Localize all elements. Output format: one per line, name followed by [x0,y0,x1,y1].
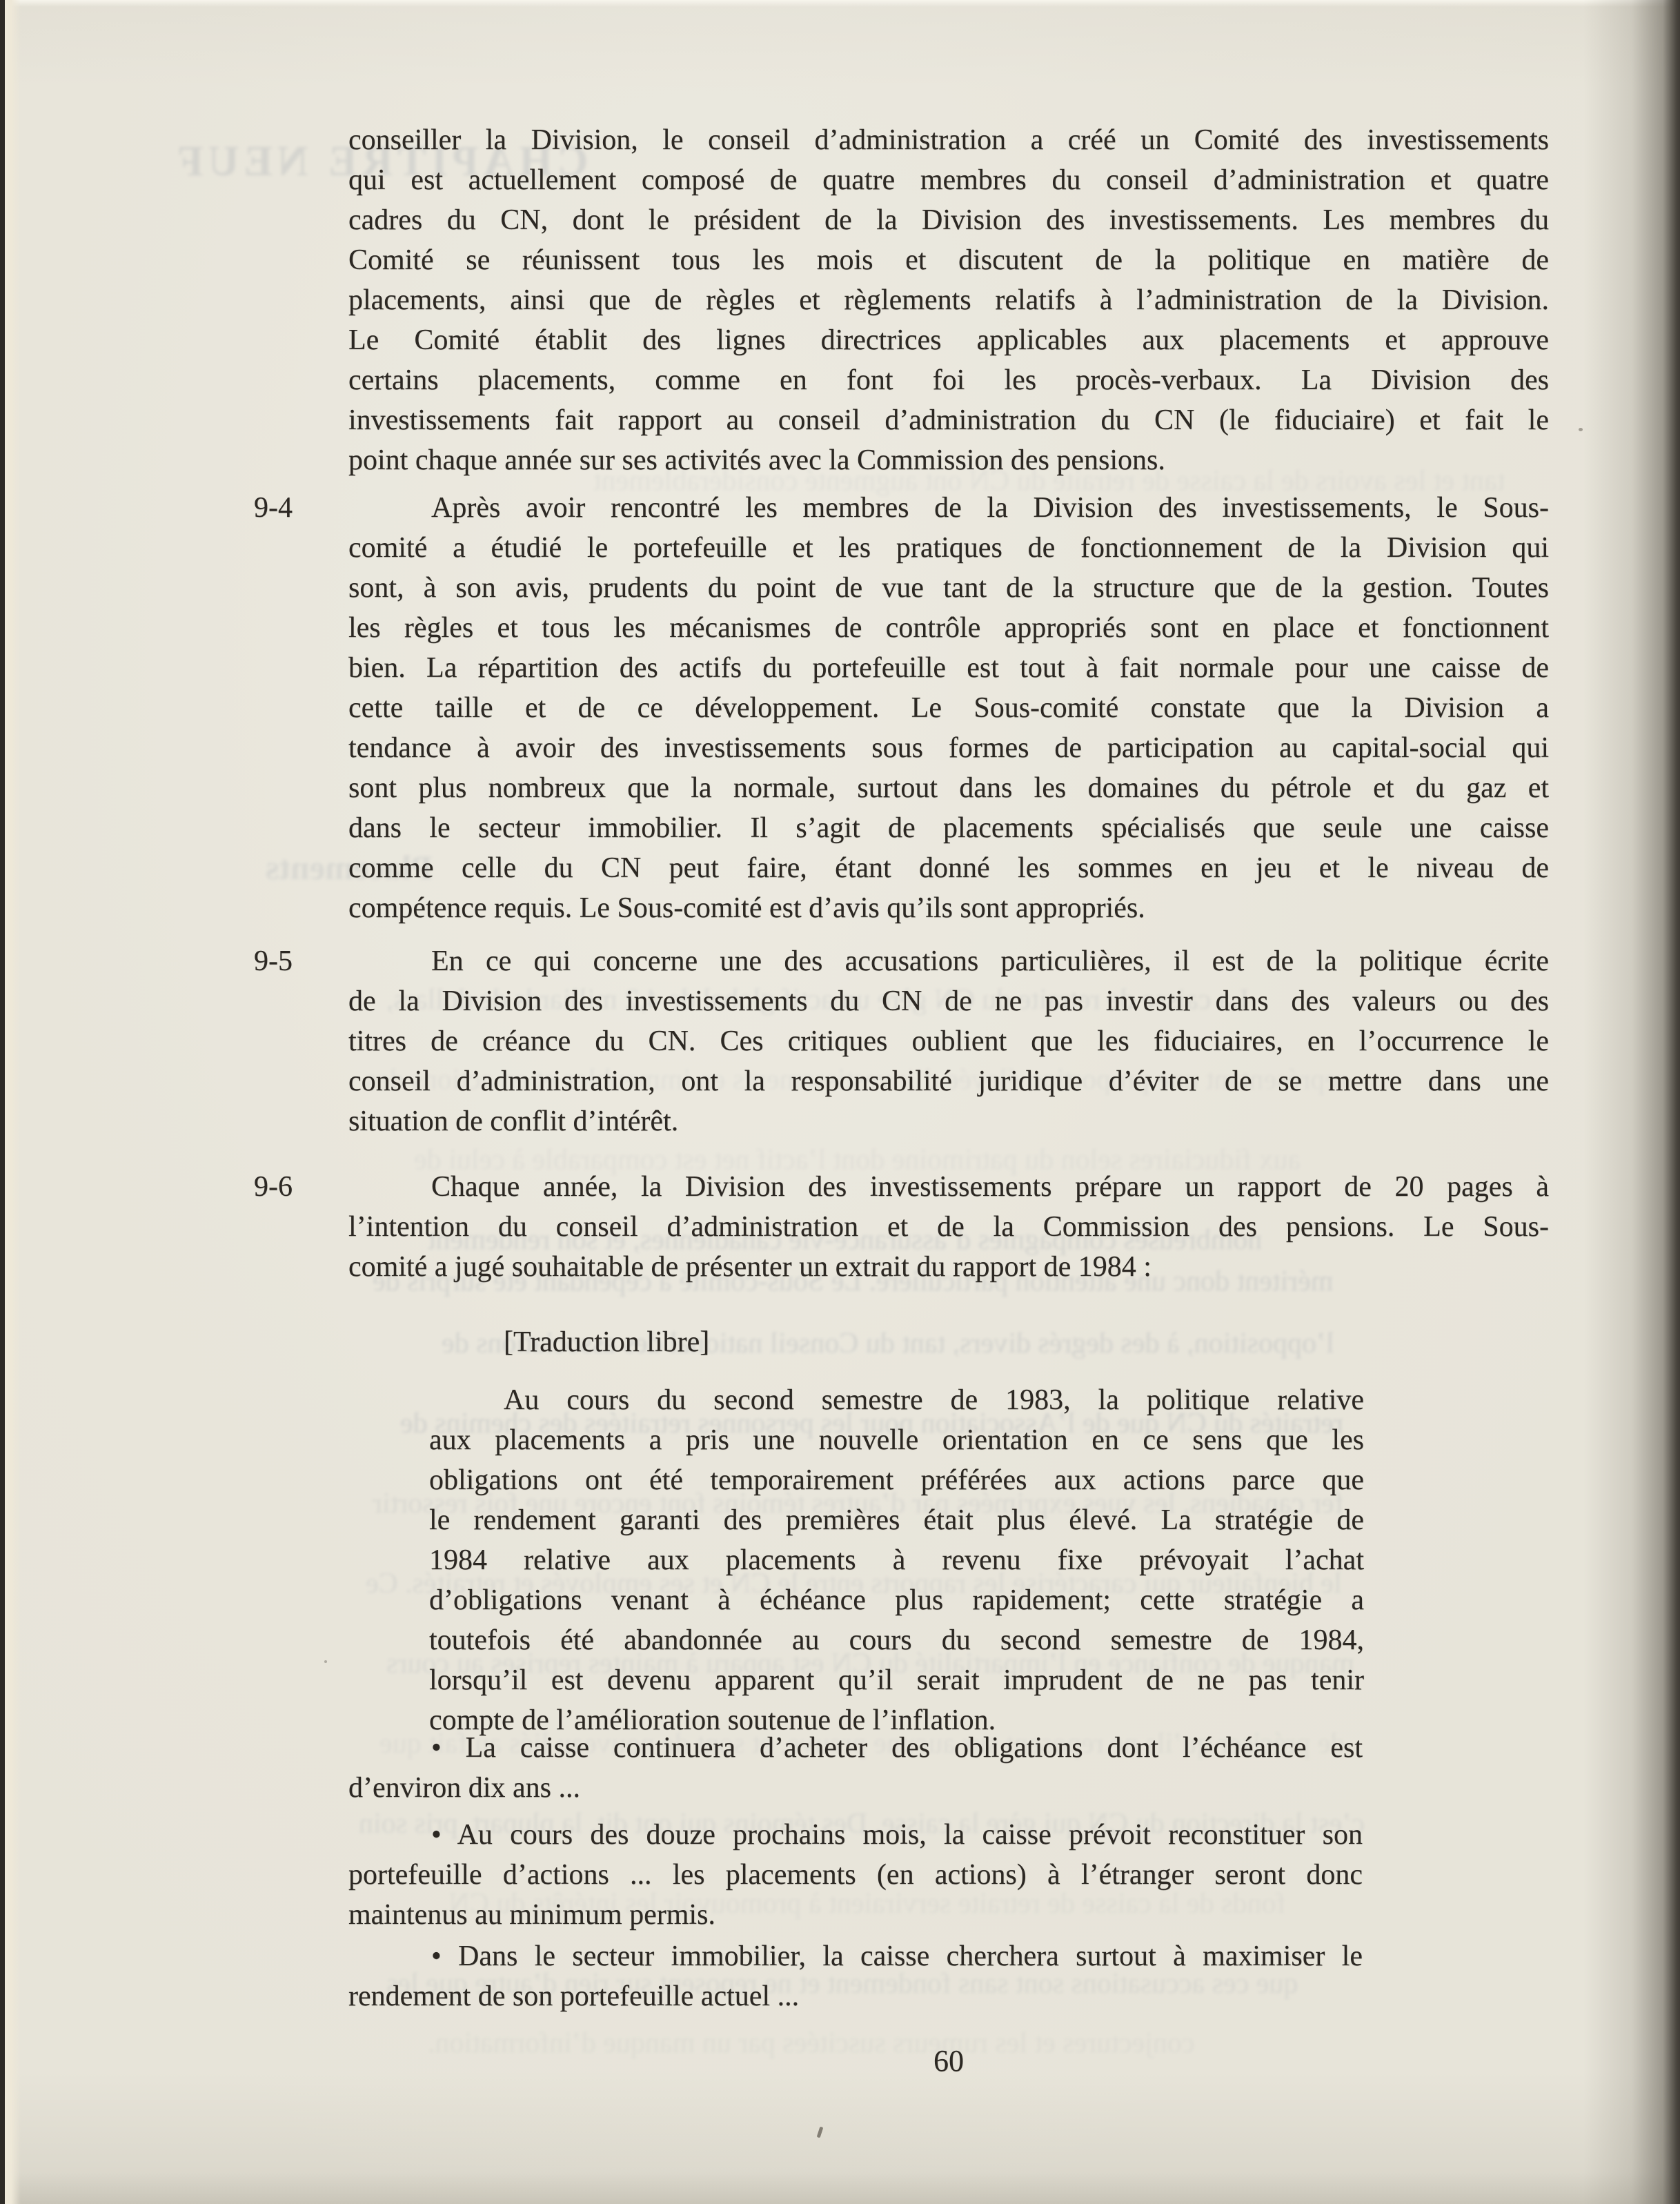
bullet-item-2: • Au cours des douze prochains mois, la … [348,1815,1363,1935]
paragraph-number-9-5: 9-5 [254,941,293,981]
text-line: bien. La répartition des actifs du porte… [348,648,1549,688]
text-line: qui est actuellement composé de quatre m… [348,160,1549,200]
text-line: sont, à son avis, prudents du point de v… [348,568,1549,608]
text-line: l’intention du conseil d’administration … [348,1207,1549,1247]
text-line: lorsqu’il est devenu apparent qu’il sera… [429,1660,1364,1700]
text-line: conseil d’administration, ont la respons… [348,1061,1549,1101]
text-line: aux placements a pris une nouvelle orien… [429,1420,1364,1460]
text-line: • Dans le secteur immobilier, la caisse … [348,1936,1363,1976]
text-line: Comité se réunissent tous les mois et di… [348,240,1549,280]
text-line: • Au cours des douze prochains mois, la … [348,1815,1363,1855]
text-line: maintenus au minimum permis. [348,1895,1363,1935]
paragraph-9-6: Chaque année, la Division des investisse… [348,1167,1549,1287]
text-line: Après avoir rencontré les membres de la … [348,488,1549,528]
ink-speck [324,1660,327,1663]
text-line: rendement de son portefeuille actuel ... [348,1976,1363,2016]
page-edge-shadow-bottom [0,2172,1680,2204]
paragraph-continuation: conseiller la Division, le conseil d’adm… [348,120,1549,480]
bullet-item-1: • La caisse continuera d’acheter des obl… [348,1728,1363,1808]
text-line: portefeuille d’actions ... les placement… [348,1855,1363,1895]
block-quote: Au cours du second semestre de 1983, la … [429,1380,1364,1740]
text-line: Le Comité établit des lignes directrices… [348,320,1549,360]
page-edge-shadow-right [1583,0,1680,2204]
text-line: 1984 relative aux placements à revenu fi… [429,1540,1364,1580]
paragraph-9-5: En ce qui concerne une des accusations p… [348,941,1549,1141]
page-edge-shadow-left [0,0,21,2204]
text-line: d’obligations venant à échéance plus rap… [429,1580,1364,1620]
text-line: compétence requis. Le Sous-comité est d’… [348,888,1549,928]
translation-note: [Traduction libre] [504,1322,709,1362]
scanned-report-page: CHAPITRE NEUF Placements tant et les avo… [0,0,1680,2204]
page-edge-shadow-top [0,0,1680,7]
text-line: cette taille et de ce développement. Le … [348,688,1549,728]
text-line: sont plus nombreux que la normale, surto… [348,768,1549,808]
text-line: dans le secteur immobilier. Il s’agit de… [348,808,1549,848]
text-line: tendance à avoir des investissements sou… [348,728,1549,768]
ink-speck [817,2127,824,2138]
text-line: comme celle du CN peut faire, étant donn… [348,848,1549,888]
text-line: cadres du CN, dont le président de la Di… [348,200,1549,240]
text-line: de la Division des investissements du CN… [348,981,1549,1021]
text-line: les règles et tous les mécanismes de con… [348,608,1549,648]
text-line: • La caisse continuera d’acheter des obl… [348,1728,1363,1768]
text-line: le rendement garanti des premières était… [429,1500,1364,1540]
text-line: certains placements, comme en font foi l… [348,360,1549,400]
paragraph-9-4: Après avoir rencontré les membres de la … [348,488,1549,928]
text-line: d’environ dix ans ... [348,1768,1363,1808]
text-line: Chaque année, la Division des investisse… [348,1167,1549,1207]
text-line: situation de conflit d’intérêt. [348,1101,1549,1141]
page-number: 60 [348,2041,1549,2081]
text-line: toutefois été abandonnée au cours du sec… [429,1620,1364,1660]
text-line: titres de créance du CN. Ces critiques o… [348,1021,1549,1061]
text-line: investissements fait rapport au conseil … [348,400,1549,440]
text-line: comité a étudié le portefeuille et les p… [348,528,1549,568]
text-line: En ce qui concerne une des accusations p… [348,941,1549,981]
text-line: conseiller la Division, le conseil d’adm… [348,120,1549,160]
ink-speck [1478,622,1496,625]
paragraph-number-9-4: 9-4 [254,488,293,528]
text-line: obligations ont été temporairement préfé… [429,1460,1364,1500]
text-line: Au cours du second semestre de 1983, la … [429,1380,1364,1420]
ink-speck [1579,428,1583,431]
text-line: placements, ainsi que de règles et règle… [348,280,1549,320]
bullet-item-3: • Dans le secteur immobilier, la caisse … [348,1936,1363,2016]
text-line: comité a jugé souhaitable de présenter u… [348,1247,1549,1287]
paragraph-number-9-6: 9-6 [254,1167,293,1207]
text-line: point chaque année sur ses activités ave… [348,440,1549,480]
